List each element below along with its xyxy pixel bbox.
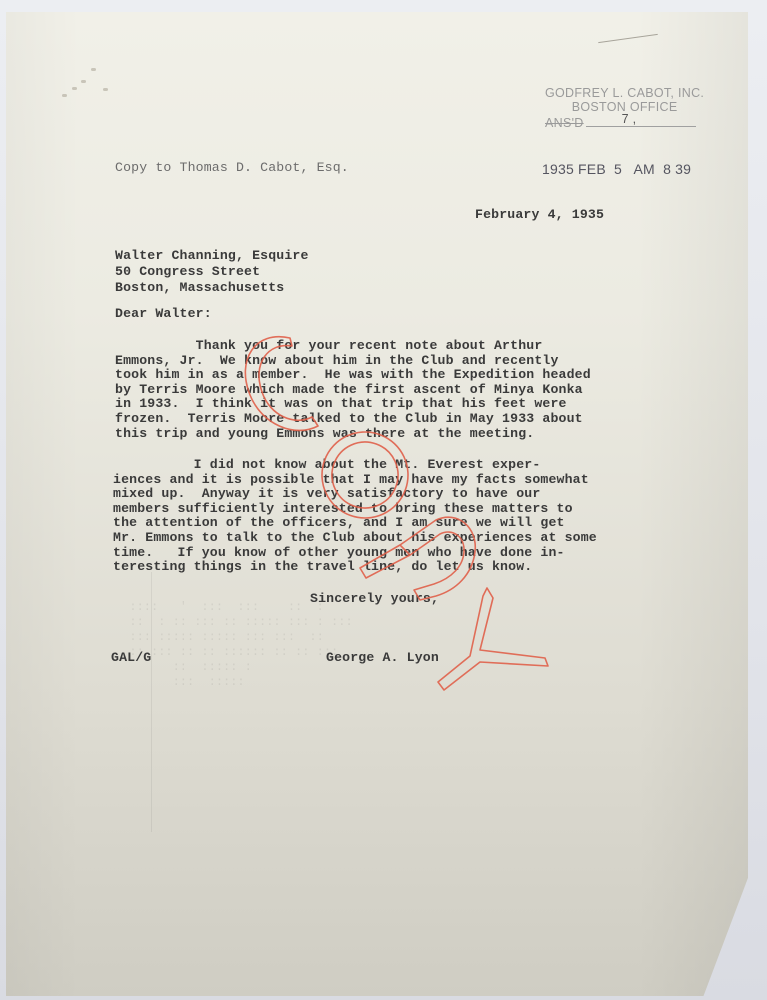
recipient-name: Walter Channing, Esquire	[115, 248, 309, 264]
paragraph-line: the attention of the officers, and I am …	[113, 516, 597, 531]
paragraph-line: iences and it is possible that I may hav…	[113, 473, 597, 488]
paragraph-line: this trip and young Emmons was there at …	[115, 427, 591, 442]
letter-date: February 4, 1935	[475, 207, 604, 223]
stamp-answered-line: 7 ,	[586, 126, 696, 127]
paragraph-line: took him in as a member. He was with the…	[115, 368, 591, 383]
paragraph-1: Thank you for your recent note about Art…	[115, 339, 591, 441]
paragraph-line: I did not know about the Mt. Everest exp…	[113, 458, 597, 473]
salutation: Dear Walter:	[115, 306, 212, 322]
received-date-stamp: 1935 FEB 5 AM 8 39	[542, 161, 691, 177]
paragraph-line: mixed up. Anyway it is very satisfactory…	[113, 487, 597, 502]
stamp-answered-label: ANS'D	[545, 116, 584, 130]
paragraph-2: I did not know about the Mt. Everest exp…	[113, 458, 597, 575]
staple-hole	[91, 68, 96, 71]
paragraph-line: teresting things in the travel line, do …	[113, 560, 597, 575]
paragraph-line: frozen. Terris Moore talked to the Club …	[115, 412, 591, 427]
received-rubber-stamp: GODFREY L. CABOT, INC. BOSTON OFFICE ANS…	[545, 86, 704, 130]
recipient-street: 50 Congress Street	[115, 264, 309, 280]
staple-hole	[72, 87, 77, 90]
paragraph-line: time. If you know of other young men who…	[113, 546, 597, 561]
recipient-city: Boston, Massachusetts	[115, 280, 309, 296]
stamp-company: GODFREY L. CABOT, INC.	[545, 86, 704, 100]
stamp-answered-value: 7 ,	[622, 112, 637, 126]
staple-hole	[62, 94, 67, 97]
staple-hole	[103, 88, 108, 91]
copy-note: Copy to Thomas D. Cabot, Esq.	[115, 160, 349, 176]
paragraph-line: in 1933. I think it was on that trip tha…	[115, 397, 591, 412]
paragraph-line: Thank you for your recent note about Art…	[115, 339, 591, 354]
paragraph-line: Emmons, Jr. We know about him in the Clu…	[115, 354, 591, 369]
signer-name: George A. Lyon	[326, 650, 439, 666]
staple-hole	[81, 80, 86, 83]
paragraph-line: Mr. Emmons to talk to the Club about his…	[113, 531, 597, 546]
typist-initials: GAL/G	[111, 650, 151, 666]
closing: Sincerely yours,	[310, 591, 439, 607]
paragraph-line: by Terris Moore which made the first asc…	[115, 383, 591, 398]
paragraph-line: members sufficiently interested to bring…	[113, 502, 597, 517]
recipient-address: Walter Channing, Esquire 50 Congress Str…	[115, 248, 309, 296]
show-through-text: :::: ' ::: ::: :: : :: : :: ::: :: :::::…	[115, 600, 353, 690]
